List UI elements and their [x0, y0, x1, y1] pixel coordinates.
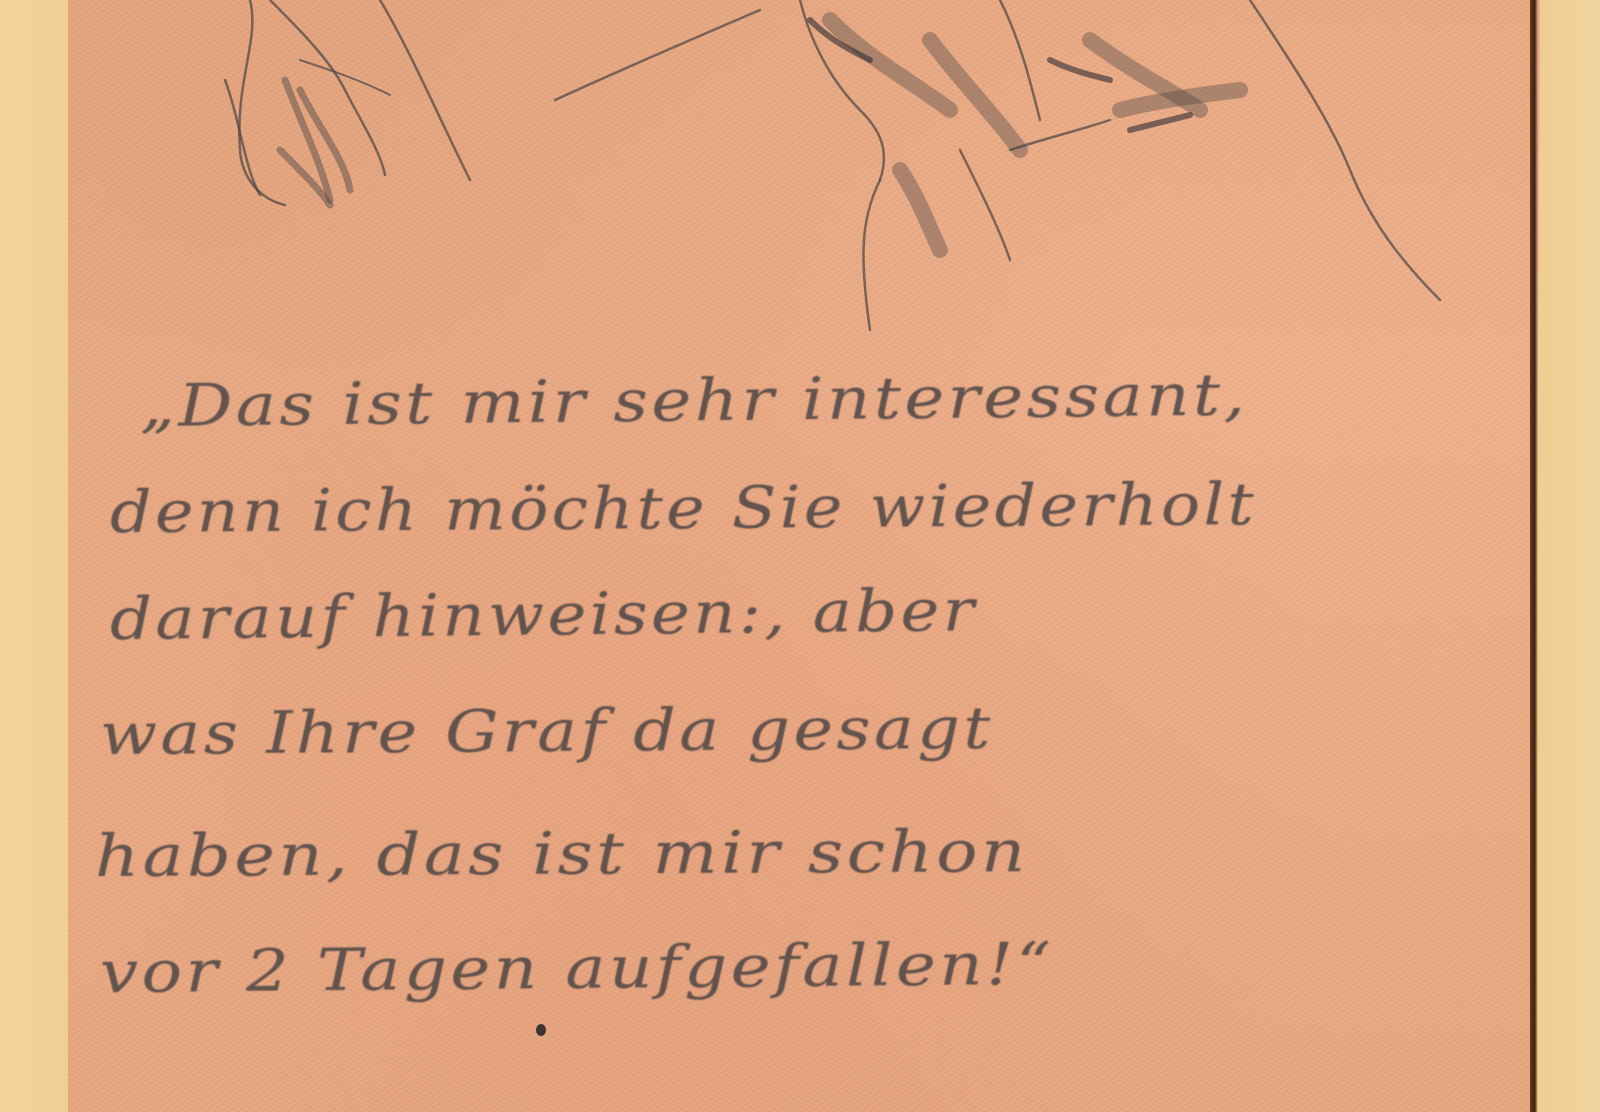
- handwritten-line-4: was Ihre Graf da gesagt: [100, 694, 994, 768]
- handwritten-line-5: haben, das ist mir schon: [95, 817, 1029, 890]
- handwritten-line-6: vor 2 Tagen aufgefallen!“: [100, 930, 1055, 1006]
- handwritten-line-1: „Das ist mir sehr interessant,: [140, 360, 1249, 440]
- ink-spot: [536, 1024, 546, 1036]
- handwritten-line-3: darauf hinweisen:, aber: [110, 576, 978, 653]
- handwritten-line-2: denn ich möchte Sie wiederholt: [110, 470, 1257, 546]
- photo-stage: „Das ist mir sehr interessant, denn ich …: [0, 0, 1600, 1112]
- handwritten-note: „Das ist mir sehr interessant, denn ich …: [0, 0, 1600, 1112]
